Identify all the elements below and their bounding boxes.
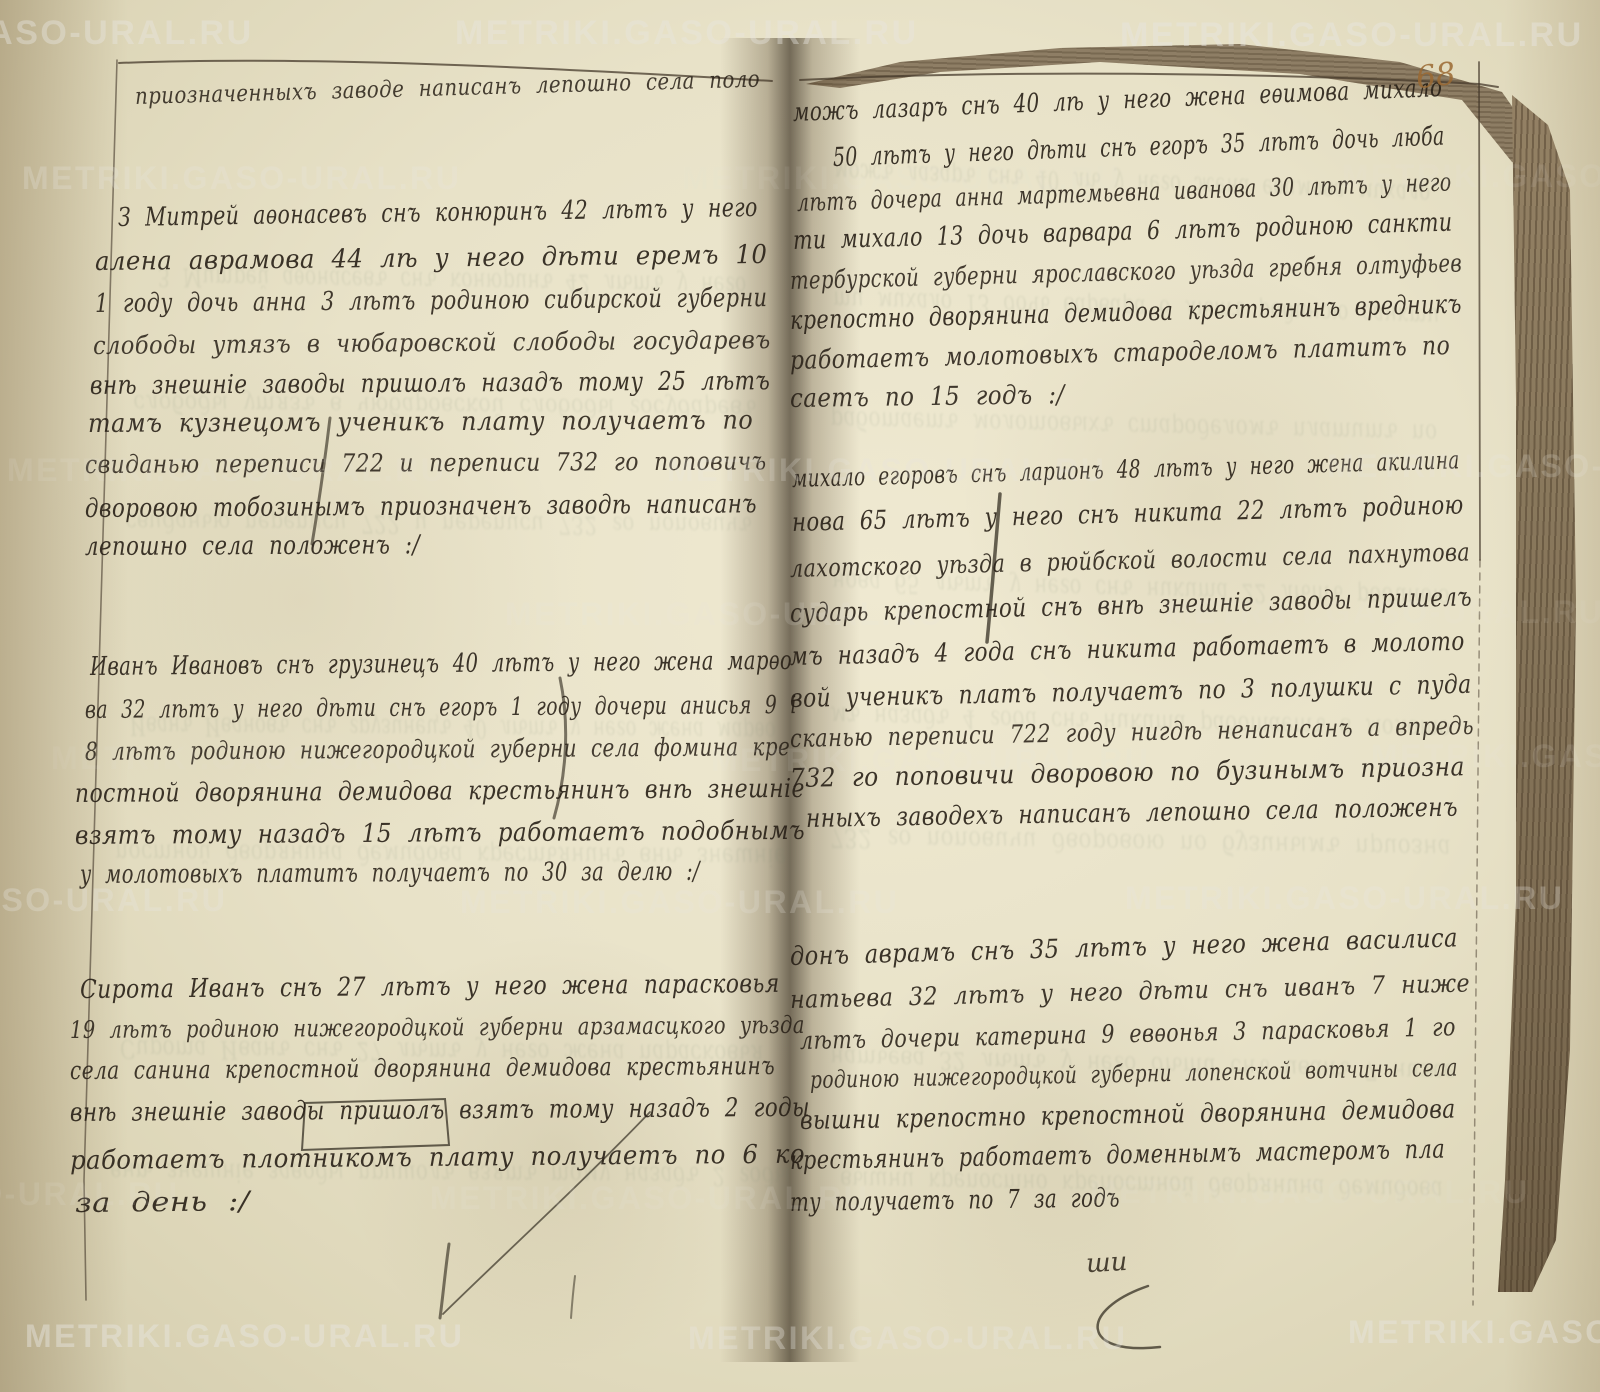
handwriting-line: взятъ тому назадъ 15 лѣтъ работаетъ подо… bbox=[75, 816, 805, 851]
catchword: ши bbox=[1085, 1247, 1128, 1279]
handwriting-line: лепошно села положенъ :/ bbox=[85, 530, 420, 562]
page-number: 68 bbox=[1414, 56, 1458, 97]
handwriting-line: внѣ знешніе заводы пришолъ взятъ тому на… bbox=[70, 1093, 810, 1128]
handwriting-line: ту получаетъ по 7 за годъ bbox=[790, 1183, 1120, 1218]
handwriting-line: постной дворянина демидова крестьянинъ в… bbox=[75, 774, 805, 809]
handwriting-line: у молотовыхъ платитъ получаетъ по 30 за … bbox=[80, 857, 700, 890]
archival-book-photo: З Митрей аѳонасевъ снъ конюринъ 42 лѣтъ … bbox=[0, 0, 1600, 1392]
handwriting-line: свиданью переписи 722 и переписи 732 го … bbox=[85, 446, 767, 479]
handwriting-line: ва 32 лѣтъ у него дѣти снъ егоръ 1 году … bbox=[85, 690, 797, 724]
handwriting-line: слободы утязъ в чюбаровской слободы госу… bbox=[93, 325, 771, 360]
handwriting-line: за день :/ bbox=[75, 1186, 250, 1219]
handwriting-line: внѣ знешніе заводы пришолъ назадъ тому 2… bbox=[90, 366, 770, 401]
handwriting-line: дворовою тобозинымъ приозначенъ заводѣ н… bbox=[85, 489, 757, 524]
handwriting-line: 8 лѣтъ родиною нижегородцкой губерни сел… bbox=[85, 732, 790, 766]
handwriting-line: Сирота Иванъ снъ 27 лѣтъ у него жена пар… bbox=[80, 969, 780, 1005]
handwriting-line: работаетъ плотникомъ плату получаетъ по … bbox=[70, 1140, 805, 1176]
handwriting-line: саетъ по 15 годъ :/ bbox=[790, 380, 1065, 414]
handwriting-line: села санина крепостной дворянина демидов… bbox=[70, 1051, 775, 1085]
handwriting-line: Иванъ Ивановъ снъ грузинецъ 40 лѣтъ у не… bbox=[90, 646, 792, 682]
handwriting-line: тамъ кузнецомъ ученикъ плату получаетъ п… bbox=[88, 406, 753, 439]
handwriting-line: 19 лѣтъ родиною нижегородцкой губерни ар… bbox=[70, 1011, 805, 1044]
handwriting-line: 1 году дочь анна 3 лѣтъ родиною сибирско… bbox=[95, 283, 768, 319]
